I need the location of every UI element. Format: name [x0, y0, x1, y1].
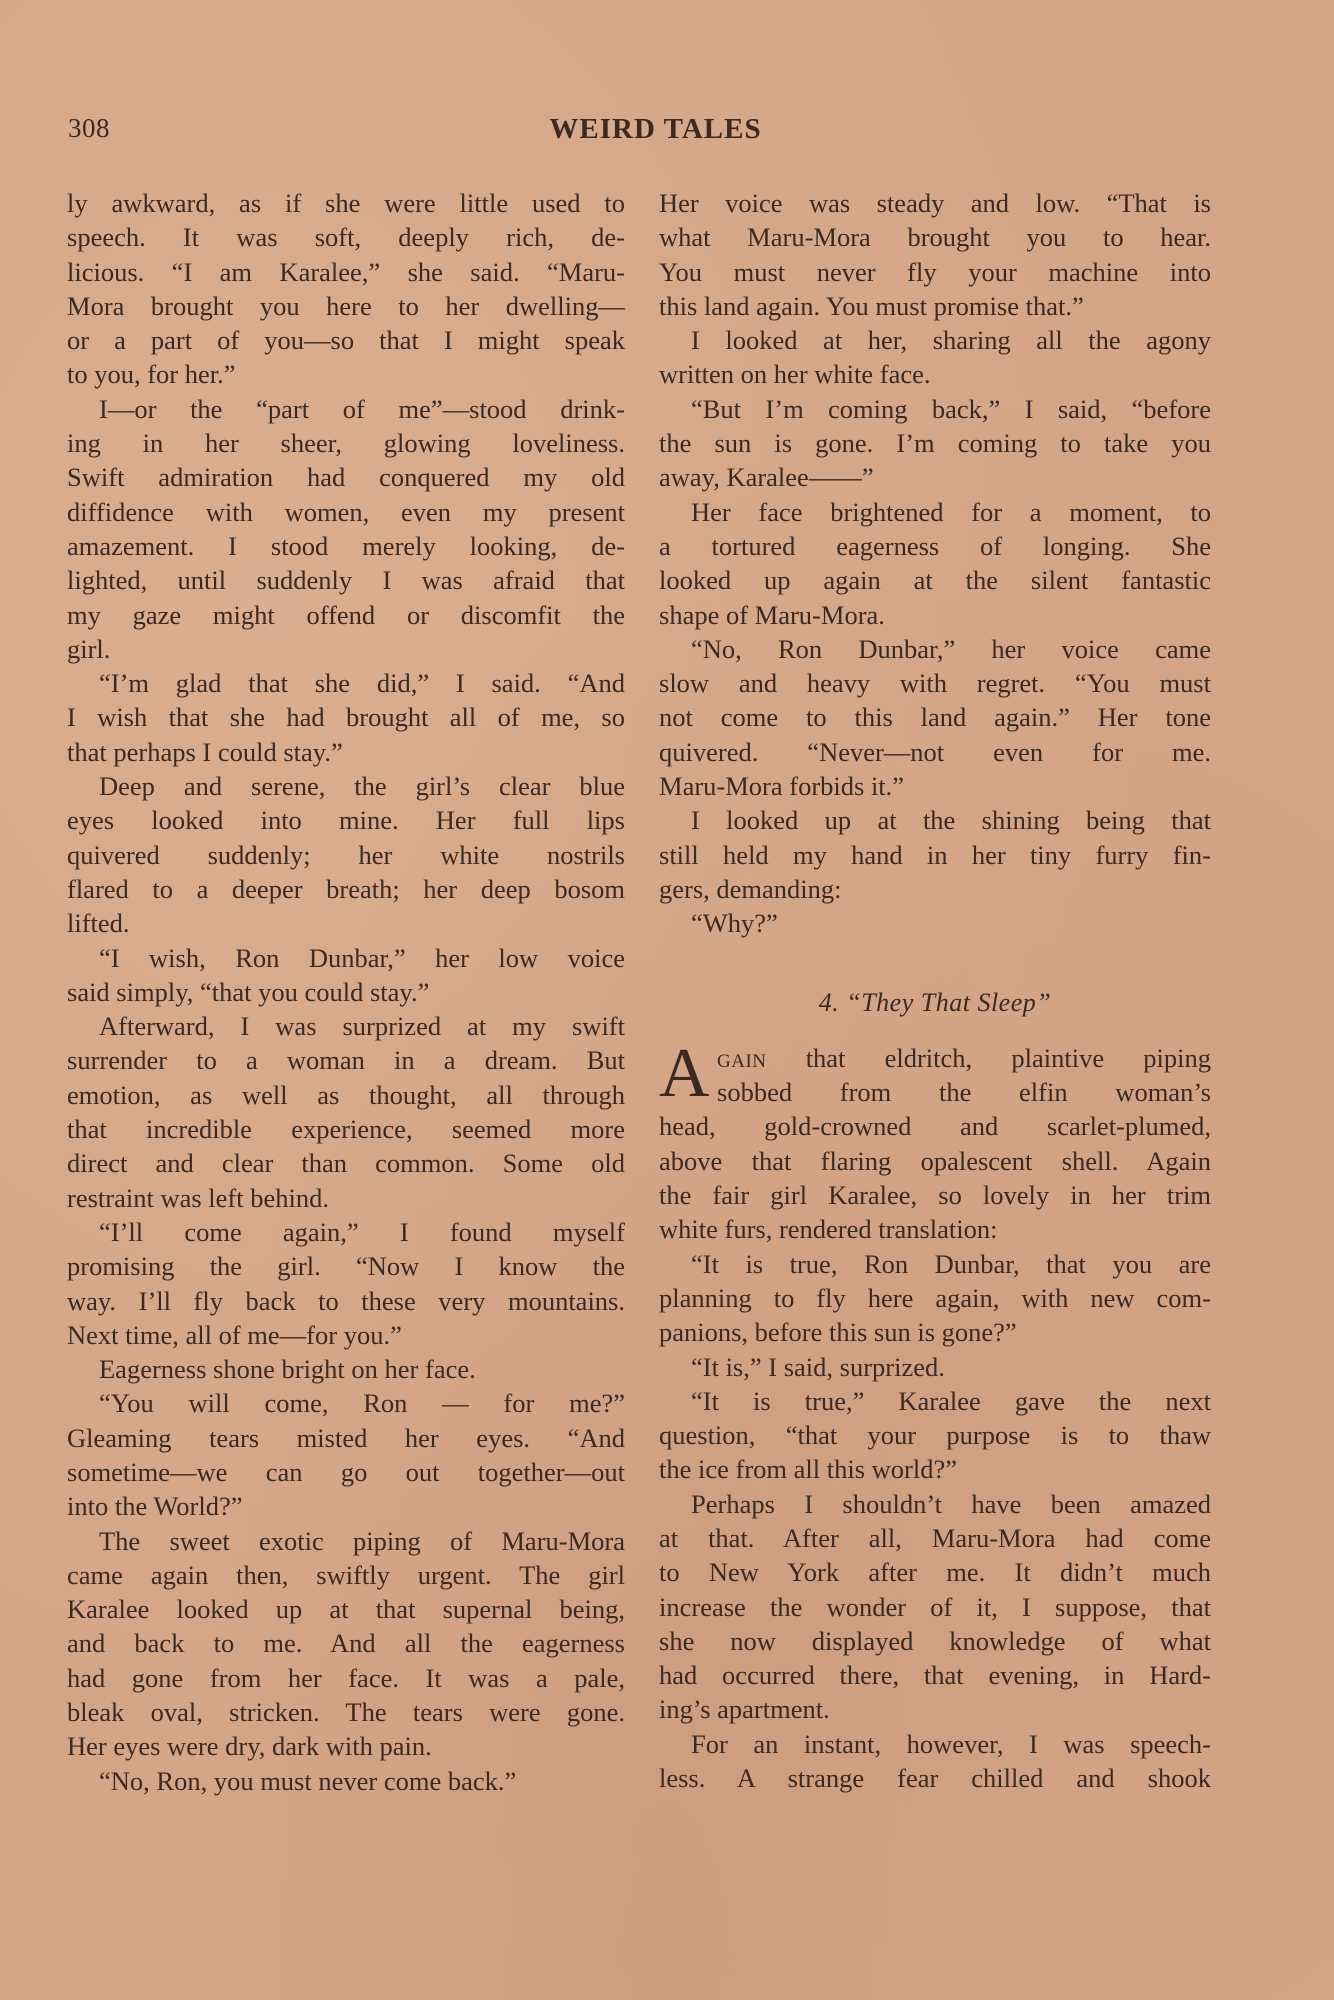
text-line: at that. After all, Maru-Mora had come	[659, 1521, 1211, 1555]
text-line: amazement. I stood merely looking, de-	[67, 529, 625, 563]
text-line: promising the girl. “Now I know the	[67, 1249, 625, 1283]
text-line: surrender to a woman in a dream. But	[67, 1043, 625, 1077]
text-line: increase the wonder of it, I suppose, th…	[659, 1590, 1211, 1624]
text-line: that perhaps I could stay.”	[67, 735, 625, 769]
text-line: that incredible experience, seemed more	[67, 1112, 625, 1146]
text-line: into the World?”	[67, 1489, 625, 1523]
dropcap-line-2: sobbed from the elfin woman’s	[659, 1075, 1211, 1109]
left-column: ly awkward, as if she were little used t…	[67, 186, 625, 1798]
text-line: The sweet exotic piping of Maru-Mora	[67, 1524, 625, 1558]
text-line: licious. “I am Karalee,” she said. “Maru…	[67, 255, 625, 289]
text-line: “You will come, Ron — for me?”	[67, 1386, 625, 1420]
text-line: girl.	[67, 632, 625, 666]
text-line: or a part of you—so that I might speak	[67, 323, 625, 357]
text-line: “I’ll come again,” I found myself	[67, 1215, 625, 1249]
text-line: written on her white face.	[659, 357, 1211, 391]
text-line: Her voice was steady and low. “That is	[659, 186, 1211, 220]
text-line: diffidence with women, even my present	[67, 495, 625, 529]
dropcap-smallcaps: gain	[717, 1043, 767, 1073]
dropcap-line2-text: sobbed from the elfin woman’s	[659, 1077, 1211, 1107]
text-line: shape of Maru-Mora.	[659, 598, 1211, 632]
text-line: ly awkward, as if she were little used t…	[67, 186, 625, 220]
section-heading: 4. “They That Sleep”	[659, 975, 1211, 1041]
text-line: away, Karalee——”	[659, 460, 1211, 494]
text-line: Mora brought you here to her dwelling—	[67, 289, 625, 323]
text-line: quivered suddenly; her white nostrils	[67, 838, 625, 872]
text-line: ing’s apartment.	[659, 1692, 1211, 1726]
text-line: my gaze might offend or discomfit the	[67, 598, 625, 632]
text-line: ing in her sheer, glowing loveliness.	[67, 426, 625, 460]
text-line: Next time, all of me—for you.”	[67, 1318, 625, 1352]
text-line: the ice from all this world?”	[659, 1452, 1211, 1486]
text-line: bleak oval, stricken. The tears were gon…	[67, 1695, 625, 1729]
text-line: to New York after me. It didn’t much	[659, 1555, 1211, 1589]
dropcap-line1-rest: that eldritch, plaintive piping	[767, 1043, 1212, 1073]
text-line: Her face brightened for a moment, to	[659, 495, 1211, 529]
text-line: Perhaps I shouldn’t have been amazed	[659, 1487, 1211, 1521]
text-line: Gleaming tears misted her eyes. “And	[67, 1421, 625, 1455]
text-line: “It is true, Ron Dunbar, that you are	[659, 1247, 1211, 1281]
text-line: I looked up at the shining being that	[659, 803, 1211, 837]
text-line: still held my hand in her tiny furry fin…	[659, 838, 1211, 872]
text-line: I wish that she had brought all of me, s…	[67, 700, 625, 734]
right-column-text-before-heading: Her voice was steady and low. “That iswh…	[659, 186, 1211, 941]
text-line: “I wish, Ron Dunbar,” her low voice	[67, 941, 625, 975]
text-line: Karalee looked up at that supernal being…	[67, 1592, 625, 1626]
dropcap-line-text: gain that eldritch, plaintive piping	[659, 1043, 1211, 1073]
text-line: Deep and serene, the girl’s clear blue	[67, 769, 625, 803]
text-line: planning to fly here again, with new com…	[659, 1281, 1211, 1315]
text-line: a tortured eagerness of longing. She	[659, 529, 1211, 563]
text-line: “It is true,” Karalee gave the next	[659, 1384, 1211, 1418]
text-line: came again then, swiftly urgent. The gir…	[67, 1558, 625, 1592]
spacer	[659, 941, 1211, 975]
text-line: head, gold-crowned and scarlet-plumed,	[659, 1109, 1211, 1143]
text-line: and back to me. And all the eagerness	[67, 1626, 625, 1660]
text-line: way. I’ll fly back to these very mountai…	[67, 1284, 625, 1318]
text-line: I—or the “part of me”—stood drink-	[67, 392, 625, 426]
text-line: Swift admiration had conquered my old	[67, 460, 625, 494]
text-line: looked up again at the silent fantastic	[659, 563, 1211, 597]
text-line: question, “that your purpose is to thaw	[659, 1418, 1211, 1452]
text-line: less. A strange fear chilled and shook	[659, 1761, 1211, 1795]
text-line: You must never fly your machine into	[659, 255, 1211, 289]
text-line: Eagerness shone bright on her face.	[67, 1352, 625, 1386]
text-line: “Why?”	[659, 906, 1211, 940]
dropcap-line-1: A gain that eldritch, plaintive piping	[659, 1041, 1211, 1075]
text-line: had gone from her face. It was a pale,	[67, 1661, 625, 1695]
text-line: she now displayed knowledge of what	[659, 1624, 1211, 1658]
text-line: emotion, as well as thought, all through	[67, 1078, 625, 1112]
page-header: 308 WEIRD TALES	[68, 113, 1213, 153]
text-line: “But I’m coming back,” I said, “before	[659, 392, 1211, 426]
text-line: restraint was left behind.	[67, 1181, 625, 1215]
right-column: Her voice was steady and low. “That iswh…	[659, 186, 1211, 1795]
text-line: “No, Ron Dunbar,” her voice came	[659, 632, 1211, 666]
text-line: above that flaring opalescent shell. Aga…	[659, 1144, 1211, 1178]
text-line: “No, Ron, you must never come back.”	[67, 1764, 625, 1798]
text-line: quivered. “Never—not even for me.	[659, 735, 1211, 769]
text-line: speech. It was soft, deeply rich, de-	[67, 220, 625, 254]
text-line: what Maru-Mora brought you to hear.	[659, 220, 1211, 254]
text-line: slow and heavy with regret. “You must	[659, 666, 1211, 700]
text-line: gers, demanding:	[659, 872, 1211, 906]
text-line: not come to this land again.” Her tone	[659, 700, 1211, 734]
text-line: the fair girl Karalee, so lovely in her …	[659, 1178, 1211, 1212]
running-title: WEIRD TALES	[68, 113, 1213, 146]
text-line: Afterward, I was surprized at my swift	[67, 1009, 625, 1043]
text-line: panions, before this sun is gone?”	[659, 1315, 1211, 1349]
text-line: “It is,” I said, surprized.	[659, 1350, 1211, 1384]
text-line: For an instant, however, I was speech-	[659, 1727, 1211, 1761]
text-line: “I’m glad that she did,” I said. “And	[67, 666, 625, 700]
text-line: the sun is gone. I’m coming to take you	[659, 426, 1211, 460]
right-column-text-after-heading: head, gold-crowned and scarlet-plumed,ab…	[659, 1109, 1211, 1795]
text-line: lifted.	[67, 906, 625, 940]
text-line: eyes looked into mine. Her full lips	[67, 803, 625, 837]
text-line: had occurred there, that evening, in Har…	[659, 1658, 1211, 1692]
text-line: Her eyes were dry, dark with pain.	[67, 1729, 625, 1763]
text-line: to you, for her.”	[67, 357, 625, 391]
text-line: said simply, “that you could stay.”	[67, 975, 625, 1009]
text-line: flared to a deeper breath; her deep boso…	[67, 872, 625, 906]
text-line: white furs, rendered translation:	[659, 1212, 1211, 1246]
text-line: I looked at her, sharing all the agony	[659, 323, 1211, 357]
text-line: this land again. You must promise that.”	[659, 289, 1211, 323]
text-line: Maru-Mora forbids it.”	[659, 769, 1211, 803]
text-line: sometime—we can go out together—out	[67, 1455, 625, 1489]
text-line: lighted, until suddenly I was afraid tha…	[67, 563, 625, 597]
text-line: direct and clear than common. Some old	[67, 1146, 625, 1180]
